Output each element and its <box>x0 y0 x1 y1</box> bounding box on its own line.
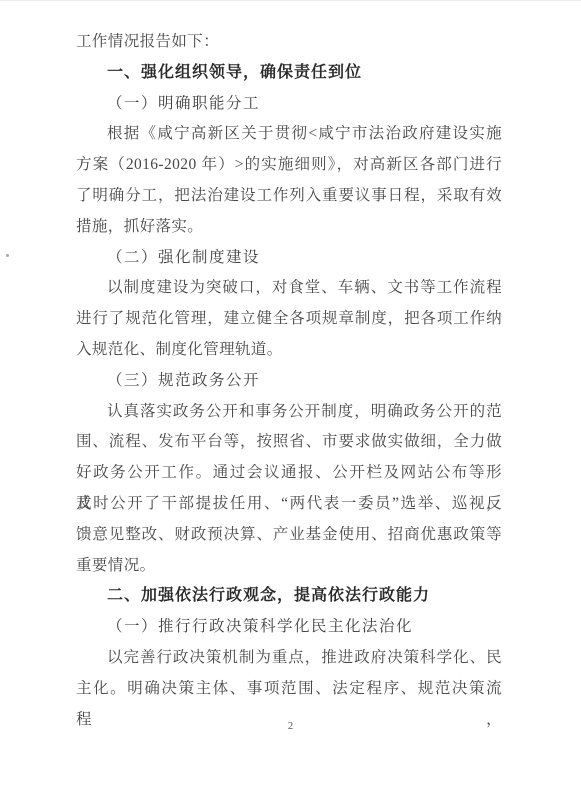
document-page: 工作情况报告如下：一、强化组织领导，确保责任到位（一）明确职能分工根据《咸宁高新… <box>0 0 581 808</box>
text-line: 进行了规范化管理，建立健全各项规章制度，把各项工作纳 <box>76 304 502 335</box>
text-line: 以完善行政决策机制为重点，推进政府决策科学化、民 <box>76 643 502 674</box>
text-line: 重要情况。 <box>76 551 502 582</box>
text-line: 馈意见整改、财政预决算、产业基金使用、招商优惠政策等 <box>76 520 502 551</box>
paragraph: 根据《咸宁高新区关于贯彻<咸宁市法治政府建设实施方案（2016-2020 年）>… <box>76 119 502 242</box>
text-line: （一）推行行政决策科学化民主化法治化 <box>76 612 502 643</box>
paragraph: 以制度建设为突破口，对食堂、车辆、文书等工作流程进行了规范化管理，建立健全各项规… <box>76 273 502 365</box>
text-line: （三）规范政务公开 <box>76 366 502 397</box>
text-line: 主化。明确决策主体、事项范围、法定程序、规范决策流程， <box>76 674 502 705</box>
text-line: 了明确分工，把法治建设工作列入重要议事日程，采取有效 <box>76 181 502 212</box>
section-heading-2: （二）强化制度建设 <box>76 243 502 274</box>
text-line: 围、流程、发布平台等，按照省、市要求做实做细，全力做 <box>76 427 502 458</box>
section-heading-2: （一）明确职能分工 <box>76 89 502 120</box>
text-line: 一、强化组织领导，确保责任到位 <box>76 58 502 89</box>
section-heading-1: 二、加强依法行政观念，提高依法行政能力 <box>76 581 502 612</box>
paragraph: 以完善行政决策机制为重点，推进政府决策科学化、民主化。明确决策主体、事项范围、法… <box>76 643 502 705</box>
paragraph: 认真落实政务公开和事务公开制度，明确政务公开的范围、流程、发布平台等，按照省、市… <box>76 397 502 582</box>
text-line: 根据《咸宁高新区关于贯彻<咸宁市法治政府建设实施 <box>76 119 502 150</box>
text-line: （一）明确职能分工 <box>76 89 502 120</box>
text-line: 及时公开了干部提拔任用、“两代表一委员”选举、巡视反 <box>76 489 502 520</box>
scan-artifact-dot <box>6 254 9 257</box>
text-line: 工作情况报告如下： <box>76 27 502 58</box>
scan-top-edge <box>0 0 581 1</box>
section-heading-2: （三）规范政务公开 <box>76 366 502 397</box>
text-line: 措施，抓好落实。 <box>76 212 502 243</box>
text-line: 好政务公开工作。通过会议通报、公开栏及网站公布等形式， <box>76 458 502 489</box>
section-heading-2: （一）推行行政决策科学化民主化法治化 <box>76 612 502 643</box>
text-line: 认真落实政务公开和事务公开制度，明确政务公开的范 <box>76 397 502 428</box>
text-line: 以制度建设为突破口，对食堂、车辆、文书等工作流程 <box>76 273 502 304</box>
section-heading-1: 一、强化组织领导，确保责任到位 <box>76 58 502 89</box>
paragraph: 工作情况报告如下： <box>76 27 502 58</box>
text-line: 入规范化、制度化管理轨道。 <box>76 335 502 366</box>
document-body: 工作情况报告如下：一、强化组织领导，确保责任到位（一）明确职能分工根据《咸宁高新… <box>76 27 502 705</box>
text-line: 二、加强依法行政观念，提高依法行政能力 <box>76 581 502 612</box>
text-line: （二）强化制度建设 <box>76 243 502 274</box>
text-line: 方案（2016-2020 年）>的实施细则》，对高新区各部门进行 <box>76 150 502 181</box>
page-number: 2 <box>0 721 581 732</box>
